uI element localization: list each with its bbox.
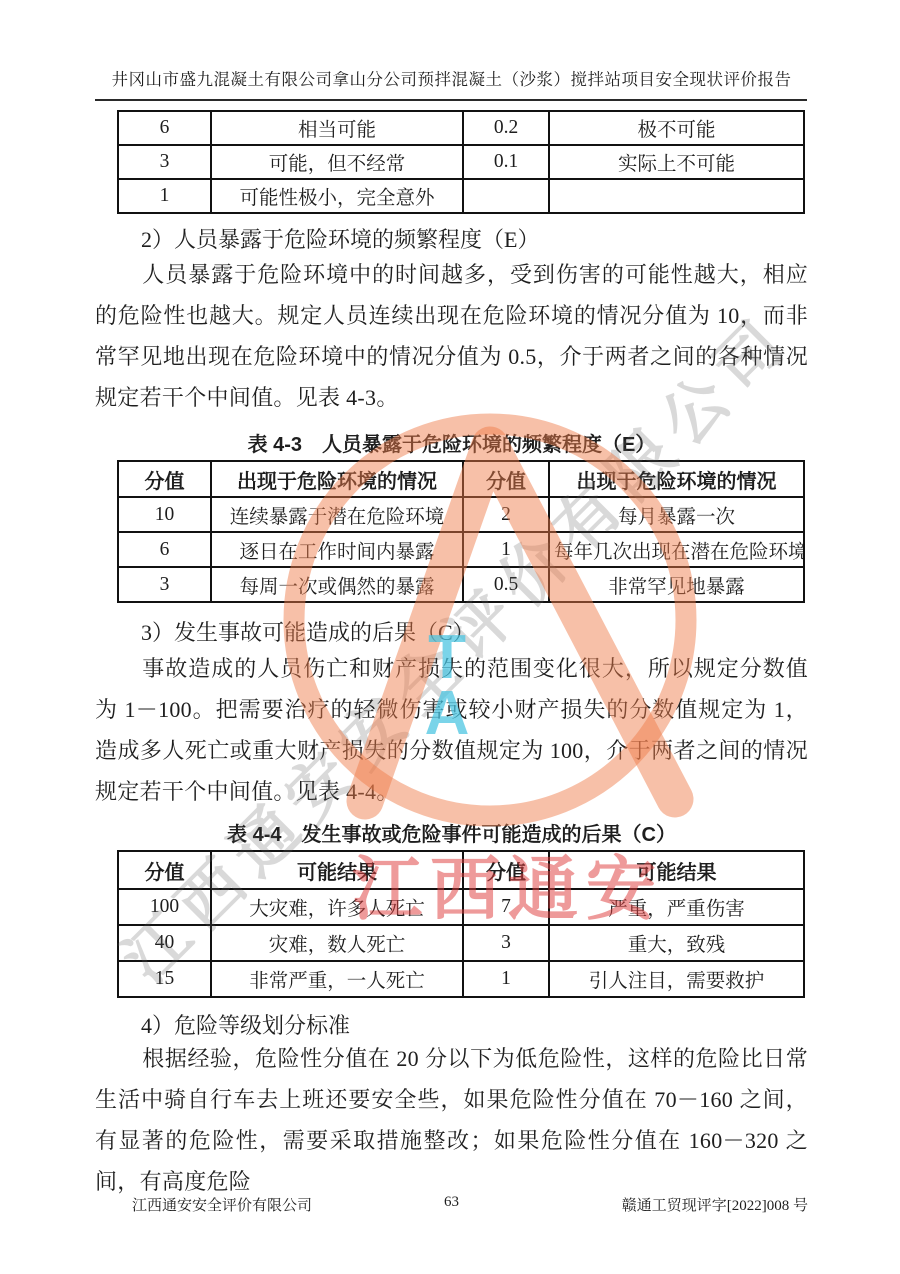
- table-cell: 非常罕见地暴露: [549, 567, 804, 602]
- table-cell: [549, 179, 804, 213]
- table-cell: 3: [118, 567, 211, 602]
- table-4-4-caption: 表 4-4 发生事故或危险事件可能造成的后果（C）: [95, 818, 808, 847]
- footer-company-name: 江西通安安全评价有限公司: [132, 1194, 312, 1215]
- table-row: 3每周一次或偶然的暴露0.5非常罕见地暴露: [118, 567, 804, 602]
- document-page: 井冈山市盛九混凝土有限公司拿山分公司预拌混凝土（沙浆）搅拌站项目安全现状评价报告…: [0, 0, 900, 1274]
- table-cell: 0.2: [463, 111, 549, 145]
- table-cell: 0.1: [463, 145, 549, 179]
- table-cell: 极不可能: [549, 111, 804, 145]
- section-heading-consequence: 3）发生事故可能造成的后果（C）: [95, 615, 808, 651]
- table-header-cell: 分值: [463, 851, 549, 889]
- table-header-cell: 可能结果: [211, 851, 463, 889]
- table-cell: 3: [118, 145, 211, 179]
- table-cell: 3: [463, 925, 549, 961]
- table-cell: 6: [118, 111, 211, 145]
- table-row: 6逐日在工作时间内暴露1每年几次出现在潜在危险环境: [118, 532, 804, 567]
- table-cell: 100: [118, 889, 211, 925]
- table-row: 40灾难，数人死亡3重大，致残: [118, 925, 804, 961]
- page-header-title: 井冈山市盛九混凝土有限公司拿山分公司预拌混凝土（沙浆）搅拌站项目安全现状评价报告: [95, 66, 808, 90]
- exposure-frequency-table: 分值出现于危险环境的情况分值出现于危险环境的情况10连续暴露于潜在危险环境2每月…: [117, 460, 805, 603]
- table-cell: 6: [118, 532, 211, 567]
- table-cell: 可能，但不经常: [211, 145, 463, 179]
- probability-table-continued: 6相当可能0.2极不可能3可能，但不经常0.1实际上不可能1可能性极小，完全意外: [117, 110, 805, 214]
- table-cell: 0.5: [463, 567, 549, 602]
- footer-page-number: 63: [444, 1194, 459, 1211]
- table-cell: 实际上不可能: [549, 145, 804, 179]
- page-footer: 江西通安安全评价有限公司 63 赣通工贸现评字[2022]008 号: [95, 1194, 808, 1216]
- table-cell: 每月暴露一次: [549, 497, 804, 532]
- table-cell: [463, 179, 549, 213]
- section-heading-exposure: 2）人员暴露于危险环境的频繁程度（E）: [95, 222, 808, 258]
- table-cell: 10: [118, 497, 211, 532]
- table-cell: 7: [463, 889, 549, 925]
- table-row: 15非常严重，一人死亡1引人注目，需要救护: [118, 961, 804, 997]
- table-cell: 1: [463, 532, 549, 567]
- paragraph-consequence: 事故造成的人员伤亡和财产损失的范围变化很大，所以规定分数值为 1－100。把需要…: [95, 648, 808, 812]
- table-row: 10连续暴露于潜在危险环境2每月暴露一次: [118, 497, 804, 532]
- table-cell: 引人注目，需要救护: [549, 961, 804, 997]
- table-header-cell: 出现于危险环境的情况: [549, 461, 804, 497]
- table-cell: 逐日在工作时间内暴露: [211, 532, 463, 567]
- table-cell: 2: [463, 497, 549, 532]
- paragraph-exposure: 人员暴露于危险环境中的时间越多，受到伤害的可能性越大，相应的危险性也越大。规定人…: [95, 254, 808, 418]
- table-cell: 15: [118, 961, 211, 997]
- table-row: 100大灾难，许多人死亡7严重，严重伤害: [118, 889, 804, 925]
- table-header-cell: 可能结果: [549, 851, 804, 889]
- header-divider: [95, 99, 807, 101]
- table-row: 分值可能结果分值可能结果: [118, 851, 804, 889]
- table-cell: 40: [118, 925, 211, 961]
- table-cell: 连续暴露于潜在危险环境: [211, 497, 463, 532]
- table-cell: 严重，严重伤害: [549, 889, 804, 925]
- table-header-cell: 分值: [118, 461, 211, 497]
- table-header-cell: 出现于危险环境的情况: [211, 461, 463, 497]
- paragraph-risk-grades: 根据经验，危险性分值在 20 分以下为低危险性，这样的危险比日常生活中骑自行车去…: [95, 1038, 808, 1202]
- table-header-cell: 分值: [118, 851, 211, 889]
- table-header-cell: 分值: [463, 461, 549, 497]
- footer-doc-number: 赣通工贸现评字[2022]008 号: [622, 1194, 808, 1215]
- table-cell: 可能性极小，完全意外: [211, 179, 463, 213]
- table-row: 分值出现于危险环境的情况分值出现于危险环境的情况: [118, 461, 804, 497]
- table-row: 1可能性极小，完全意外: [118, 179, 804, 213]
- table-cell: 重大，致残: [549, 925, 804, 961]
- table-row: 6相当可能0.2极不可能: [118, 111, 804, 145]
- table-cell: 每年几次出现在潜在危险环境: [549, 532, 804, 567]
- table-cell: 每周一次或偶然的暴露: [211, 567, 463, 602]
- table-cell: 灾难，数人死亡: [211, 925, 463, 961]
- table-cell: 1: [463, 961, 549, 997]
- table-cell: 1: [118, 179, 211, 213]
- table-cell: 大灾难，许多人死亡: [211, 889, 463, 925]
- table-cell: 相当可能: [211, 111, 463, 145]
- consequence-table: 分值可能结果分值可能结果100大灾难，许多人死亡7严重，严重伤害40灾难，数人死…: [117, 850, 805, 998]
- table-4-3-caption: 表 4-3 人员暴露于危险环境的频繁程度（E）: [95, 428, 808, 457]
- table-cell: 非常严重，一人死亡: [211, 961, 463, 997]
- table-row: 3可能，但不经常0.1实际上不可能: [118, 145, 804, 179]
